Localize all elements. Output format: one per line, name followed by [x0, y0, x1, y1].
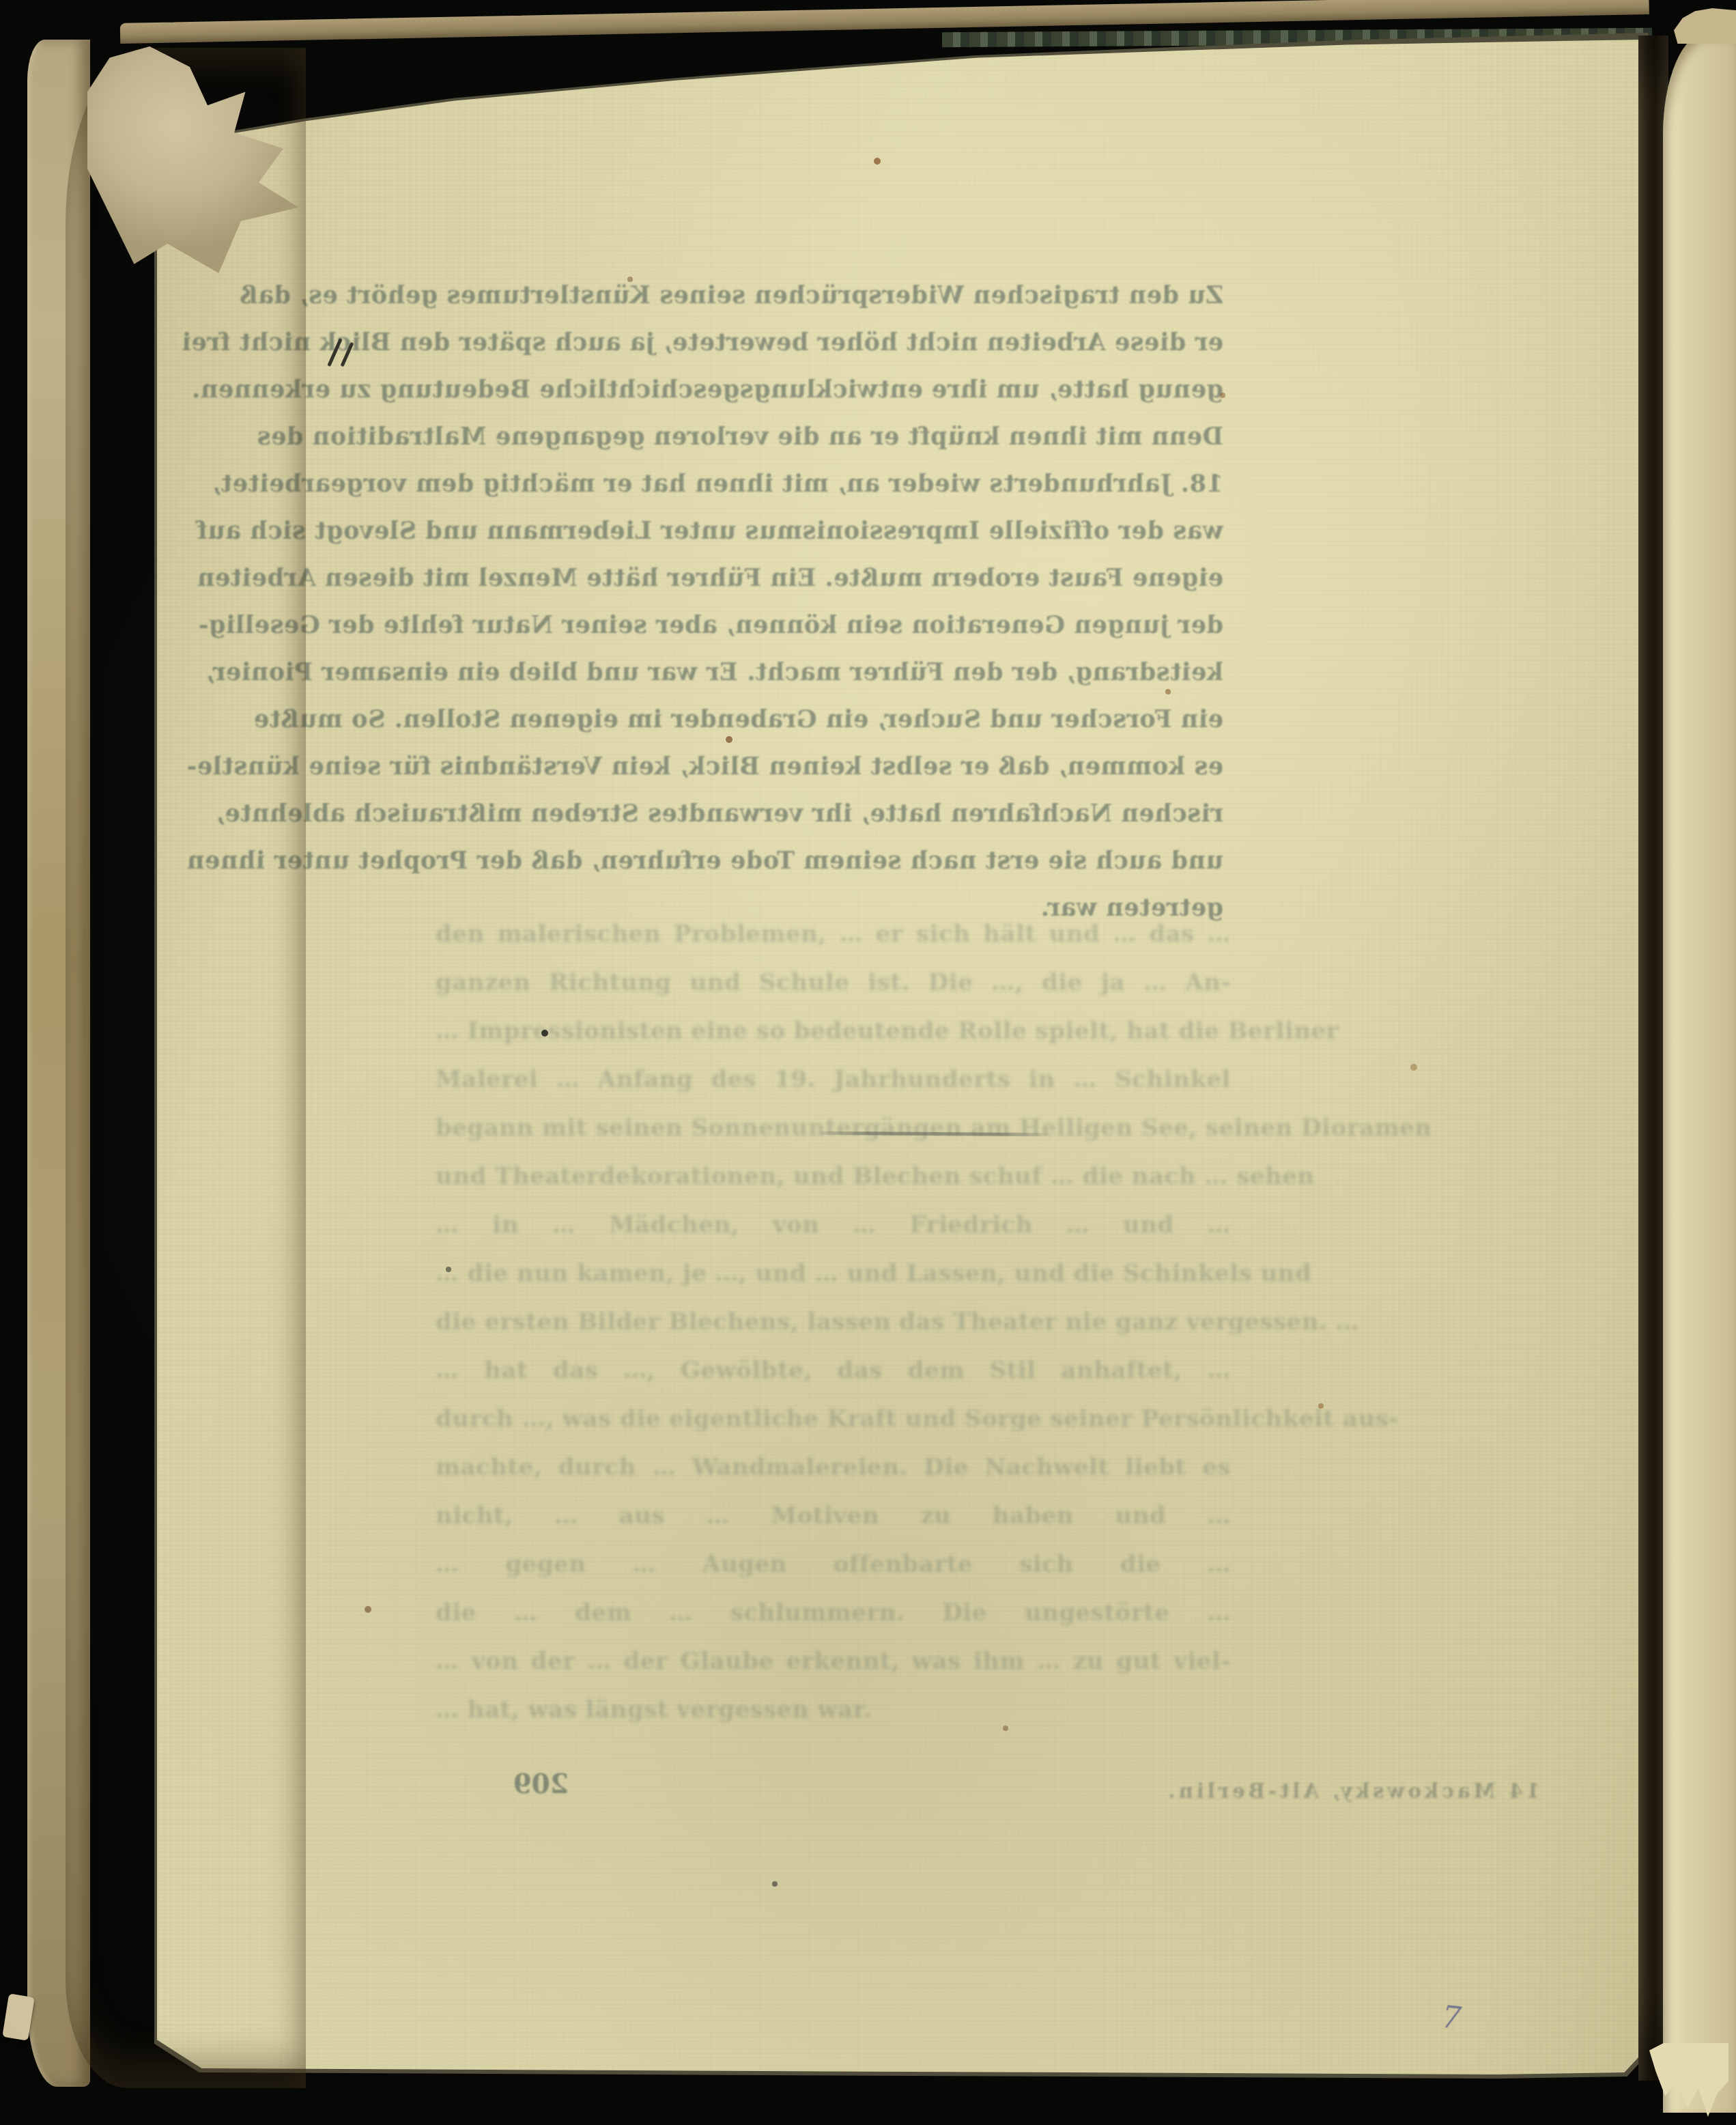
ghost-text-line: … von der … der Glaube erkennt, was ihm … — [436, 1637, 1231, 1686]
ghost-text-line: genug hatte, um ihre entwicklungsgeschic… — [437, 366, 1223, 413]
ghost-text-line: und Theaterdekorationen, und Blechen sch… — [436, 1153, 1231, 1201]
ghost-faint-showthrough-block: den malerischen Problemen, … er sich häl… — [436, 910, 1231, 1734]
ghost-text-line: … hat, was längst vergessen war. — [436, 1686, 1231, 1734]
page-stack-edges — [66, 48, 306, 2088]
ghost-page-number: 209 — [480, 1769, 569, 1800]
ghost-text-line: und auch sie erst nach seinem Tode erfuh… — [437, 837, 1223, 884]
next-leaf-edge — [1663, 33, 1736, 2113]
ghost-text-line: Malerei … Anfang des 19. Jahrhunderts in… — [436, 1056, 1231, 1104]
ghost-text-line: durch …, was die eigentliche Kraft und S… — [436, 1395, 1231, 1444]
ghost-text-line: die ersten Bilder Blechens, lassen das T… — [436, 1298, 1231, 1347]
ghost-text-line: es kommen, daß er selbst keinen Blick, k… — [437, 743, 1223, 790]
ghost-text-line: machte, durch … Wandmalereien. Die Nachw… — [436, 1444, 1231, 1492]
ghost-text-line: er diese Arbeiten nicht höher bewertete,… — [437, 319, 1223, 366]
ghost-text-line: der jungen Generation sein können, aber … — [437, 602, 1223, 649]
ghost-text-line: Zu den tragischen Widersprüchen seines K… — [437, 272, 1223, 319]
next-leaf-top-torn — [1674, 8, 1736, 44]
ghost-text-line: ein Forscher und Sucher, ein Grabender i… — [437, 696, 1223, 743]
ghost-text-line: … die nun kamen, je …, und … und Lassen,… — [436, 1250, 1231, 1298]
ghost-text-line: … gegen … Augen offenbarte sich die … — [436, 1540, 1231, 1589]
ghost-text-line: rischen Nachfahren hatte, ihr verwandtes… — [437, 790, 1223, 837]
ghost-text-line: begann mit seinen Sonnenuntergängen am H… — [436, 1104, 1231, 1153]
ghost-text-line: ganzen Richtung und Schule ist. Die …, d… — [436, 959, 1231, 1007]
blank-verso-page: Zu den tragischen Widersprüchen seines K… — [157, 40, 1645, 2074]
ghost-text-line: was der offizielle Impressionismus unter… — [437, 507, 1223, 554]
ghost-printer-signature: 14 Mackowsky, Alt-Berlin. — [1247, 1779, 1540, 1803]
ghost-text-line: keitsdrang, der den Führer macht. Er war… — [437, 649, 1223, 696]
ghost-text-line: 18. Jahrhunderts wieder an, mit ihnen ha… — [437, 460, 1223, 507]
ghost-mirrored-paragraph: Zu den tragischen Widersprüchen seines K… — [437, 272, 1223, 931]
ghost-text-line: eigene Faust erobern mußte. Ein Führer h… — [437, 554, 1223, 602]
ghost-text-line: Denn mit ihnen knüpft er an die verloren… — [437, 413, 1223, 460]
ghost-text-line: … hat das …, Gewölbte, das dem Stil anha… — [436, 1347, 1231, 1395]
ghost-text-line: … in … Mädchen, von … Friedrich … und … — [436, 1201, 1231, 1250]
ghost-text-line: … Impressionisten eine so bedeutende Rol… — [436, 1007, 1231, 1056]
ghost-text-line: nicht, … aus … Motiven zu haben und … — [436, 1492, 1231, 1540]
ghost-text-line: die … dem … schlummern. Die ungestörte … — [436, 1589, 1231, 1637]
ghost-text-line: den malerischen Problemen, … er sich häl… — [436, 910, 1231, 959]
scan-canvas: Zu den tragischen Widersprüchen seines K… — [0, 0, 1736, 2125]
pencil-numeral: 7 — [1440, 2000, 1462, 2037]
